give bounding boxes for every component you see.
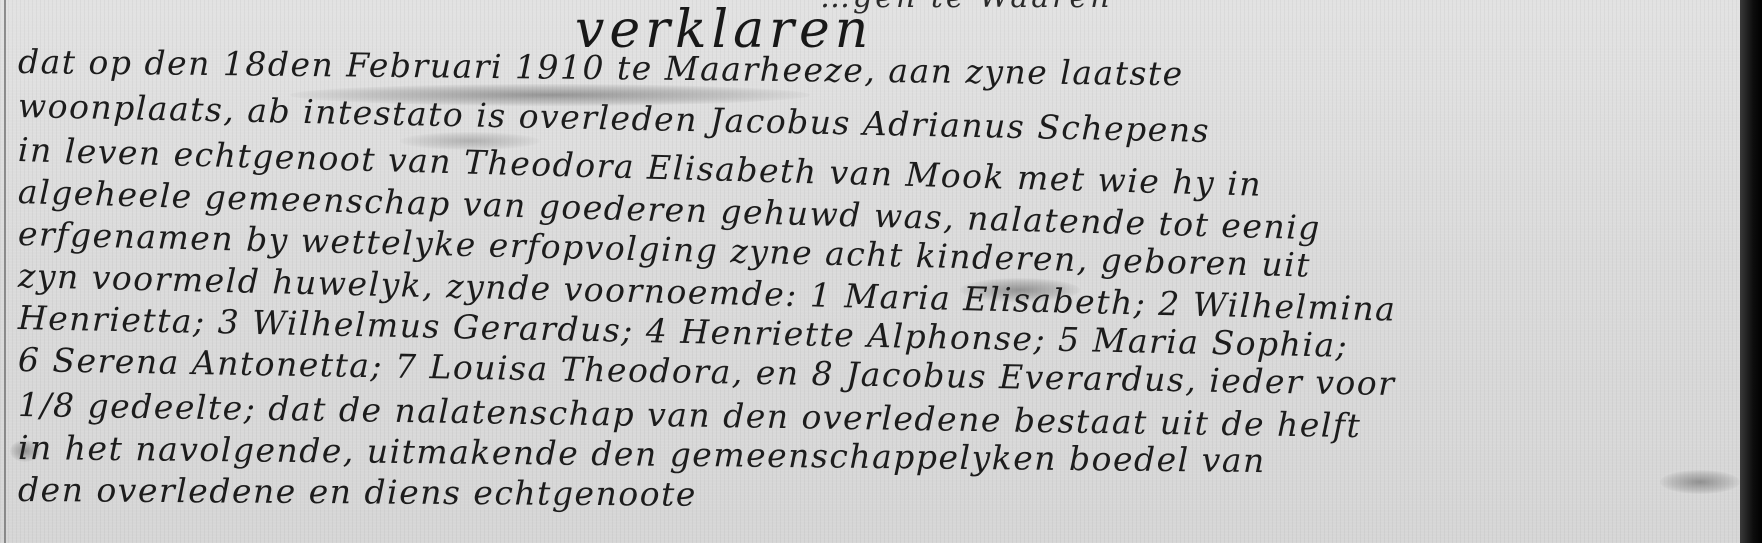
document-scan: …gen te Waaren verklaren dat op den 18de…: [0, 0, 1740, 543]
text-line-11: den overledene en diens echtgenoote: [18, 470, 697, 514]
text-line-1: dat op den 18den Februari 1910 te Maarhe…: [18, 42, 1184, 93]
ink-smudge: [1660, 470, 1740, 494]
scan-edge: [1740, 0, 1762, 543]
margin-rule: [4, 0, 6, 543]
